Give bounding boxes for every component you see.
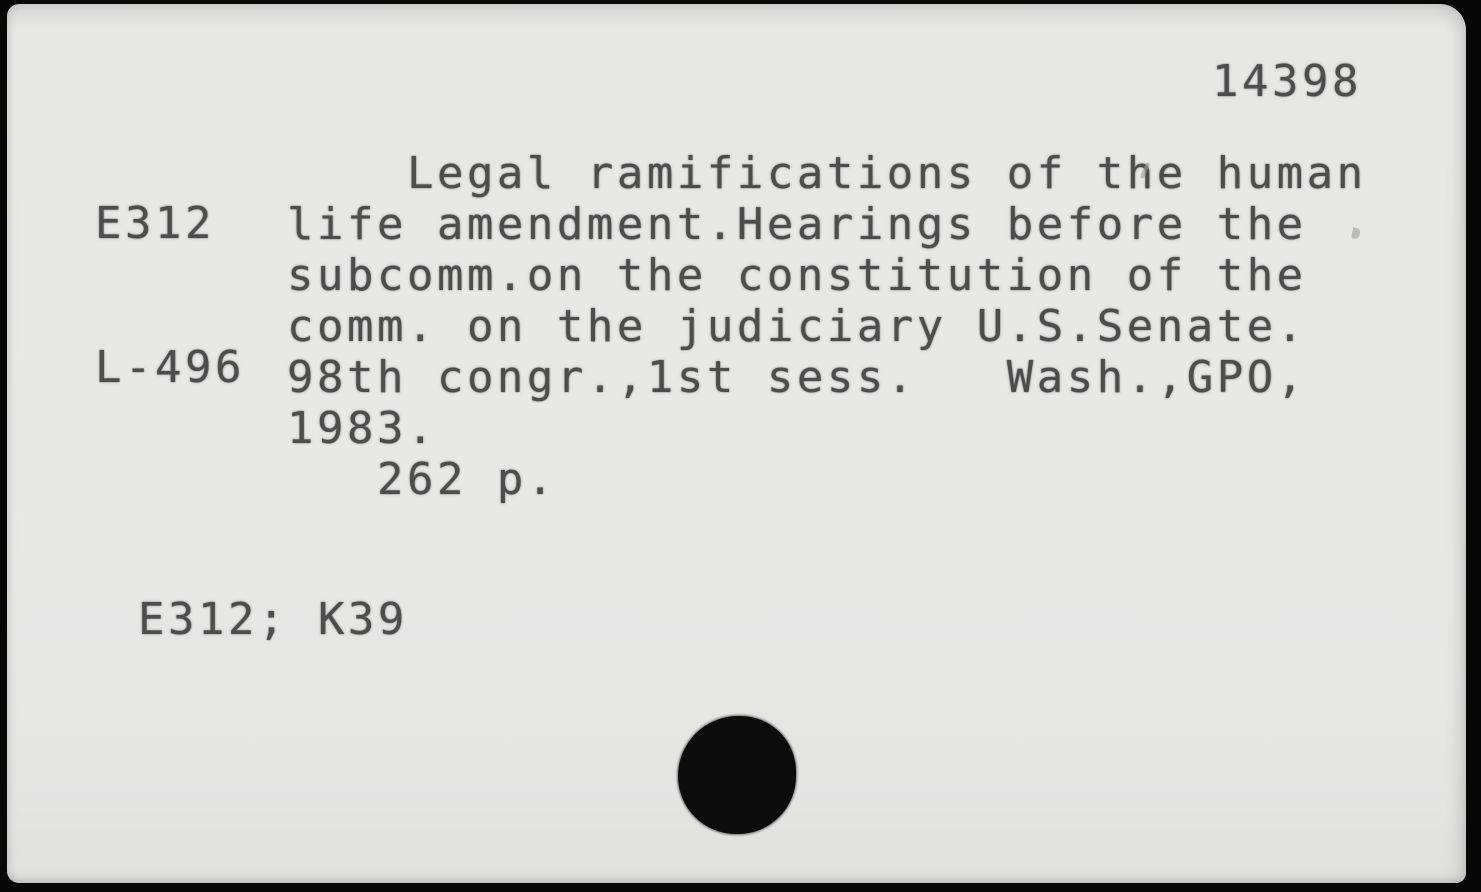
call-number-line-1: E312	[95, 200, 275, 248]
call-number-line-2: L-496	[95, 344, 275, 392]
accession-number: 14398	[1212, 56, 1362, 107]
entry-line: Legal ramifications of the human	[287, 148, 1367, 199]
catalog-card: 14398 E312 L-496 Legal ramifications of …	[7, 4, 1466, 883]
entry-line: life amendment.Hearings before the	[287, 199, 1367, 250]
bibliographic-entry: Legal ramifications of the humanlife ame…	[287, 148, 1367, 505]
entry-line: comm. on the judiciary U.S.Senate.	[287, 301, 1367, 352]
entry-line: 98th congr.,1st sess. Wash.,GPO,	[287, 352, 1367, 403]
entry-line: 1983.	[287, 403, 1367, 454]
call-number-block: E312 L-496	[95, 104, 275, 488]
hole-punch-dot	[678, 716, 796, 834]
footer-call-number: E312; K39	[138, 594, 408, 645]
entry-line: 262 p.	[287, 454, 1367, 505]
scan-frame: 14398 E312 L-496 Legal ramifications of …	[0, 0, 1481, 892]
entry-line: subcomm.on the constitution of the	[287, 250, 1367, 301]
